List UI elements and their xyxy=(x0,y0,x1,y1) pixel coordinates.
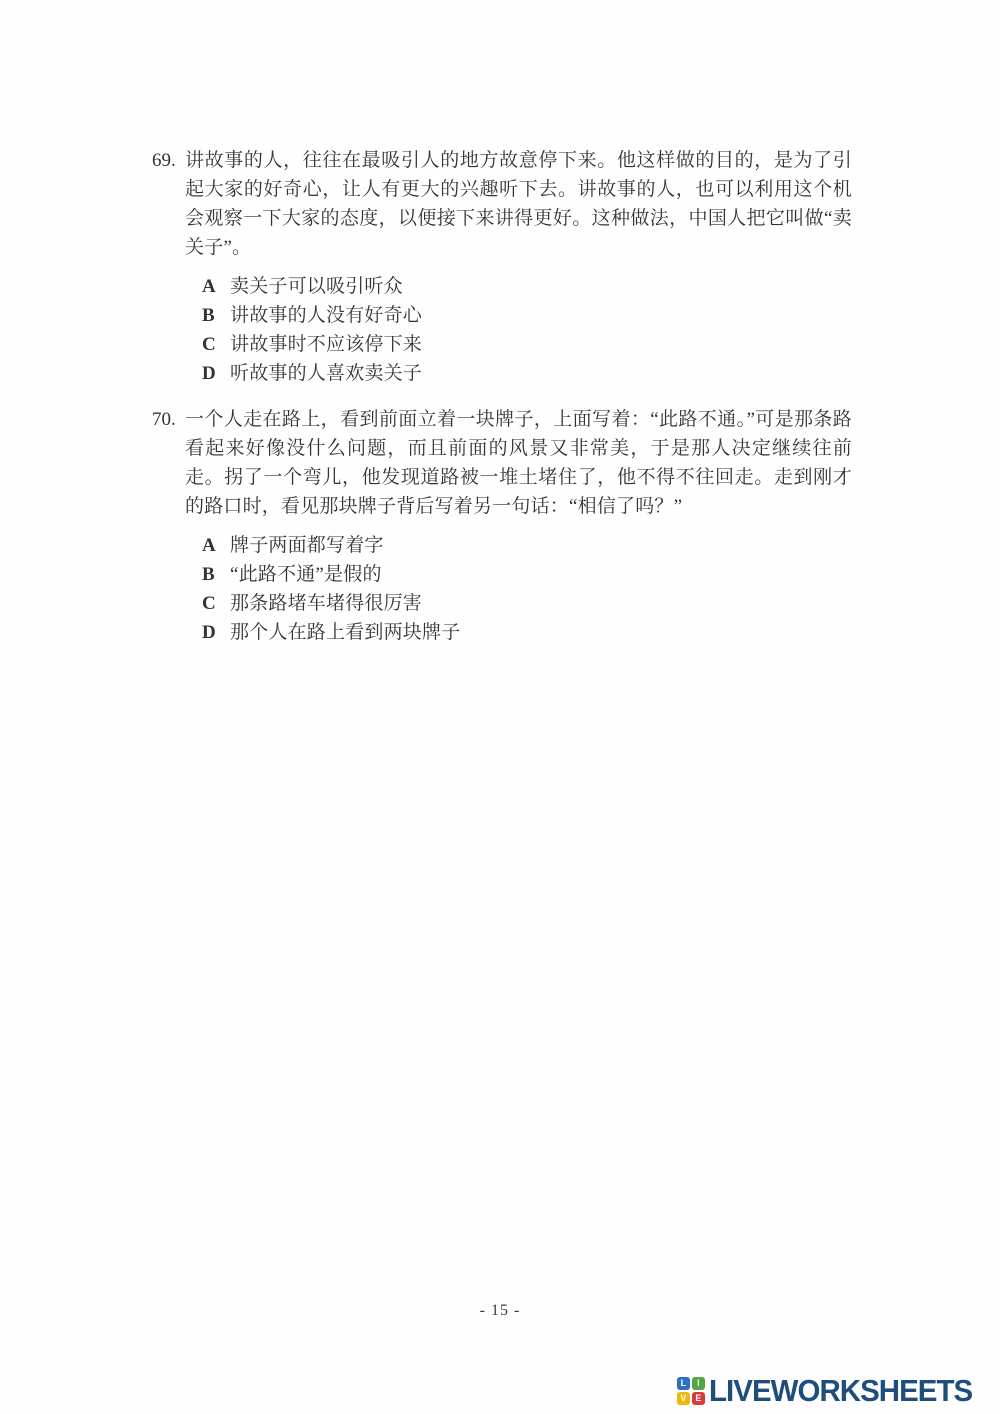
liveworksheets-grid-icon: L I V E xyxy=(677,1377,705,1405)
option-text: 听故事的人喜欢卖关子 xyxy=(230,359,422,388)
question-70-option-c: C 那条路堵车堵得很厉害 xyxy=(202,589,852,618)
option-text: 牌子两面都写着字 xyxy=(230,531,384,560)
question-70-number: 70. xyxy=(152,405,185,434)
question-69-option-d: D 听故事的人喜欢卖关子 xyxy=(202,359,852,388)
question-70-option-a: A 牌子两面都写着字 xyxy=(202,531,852,560)
option-letter: C xyxy=(202,330,230,359)
option-text: “此路不通”是假的 xyxy=(230,560,382,589)
question-69-body: 69. 讲故事的人，往往在最吸引人的地方故意停下来。他这样做的目的，是为了引起大… xyxy=(152,146,852,262)
option-text: 卖关子可以吸引听众 xyxy=(230,272,403,301)
question-69-number: 69. xyxy=(152,146,185,175)
option-text: 讲故事的人没有好奇心 xyxy=(230,301,422,330)
option-letter: C xyxy=(202,589,230,618)
question-69-option-a: A 卖关子可以吸引听众 xyxy=(202,272,852,301)
question-70-body: 70. 一个人走在路上，看到前面立着一块牌子，上面写着：“此路不通。”可是那条路… xyxy=(152,405,852,521)
page-number: - 15 - xyxy=(0,1302,1000,1320)
question-70-option-b: B “此路不通”是假的 xyxy=(202,560,852,589)
question-70-passage: 一个人走在路上，看到前面立着一块牌子，上面写着：“此路不通。”可是那条路看起来好… xyxy=(185,405,852,521)
question-69-options: A 卖关子可以吸引听众 B 讲故事的人没有好奇心 C 讲故事时不应该停下来 D … xyxy=(202,272,852,388)
option-letter: B xyxy=(202,301,230,330)
icon-cell-e: E xyxy=(692,1392,705,1405)
liveworksheets-logo[interactable]: L I V E LIVEWORKSHEETS xyxy=(677,1373,986,1409)
question-69-option-b: B 讲故事的人没有好奇心 xyxy=(202,301,852,330)
option-text: 讲故事时不应该停下来 xyxy=(230,330,422,359)
icon-cell-v: V xyxy=(677,1392,690,1405)
option-letter: A xyxy=(202,531,230,560)
option-text: 那个人在路上看到两块牌子 xyxy=(230,618,460,647)
option-letter: D xyxy=(202,618,230,647)
liveworksheets-wordmark: LIVEWORKSHEETS xyxy=(709,1373,972,1409)
option-letter: D xyxy=(202,359,230,388)
question-70: 70. 一个人走在路上，看到前面立着一块牌子，上面写着：“此路不通。”可是那条路… xyxy=(152,405,852,647)
question-70-options: A 牌子两面都写着字 B “此路不通”是假的 C 那条路堵车堵得很厉害 D 那个… xyxy=(202,531,852,647)
option-letter: A xyxy=(202,272,230,301)
icon-cell-l: L xyxy=(677,1377,690,1390)
worksheet-page: 69. 讲故事的人，往往在最吸引人的地方故意停下来。他这样做的目的，是为了引起大… xyxy=(0,0,1000,1414)
question-70-option-d: D 那个人在路上看到两块牌子 xyxy=(202,618,852,647)
question-69: 69. 讲故事的人，往往在最吸引人的地方故意停下来。他这样做的目的，是为了引起大… xyxy=(152,146,852,388)
question-69-passage: 讲故事的人，往往在最吸引人的地方故意停下来。他这样做的目的，是为了引起大家的好奇… xyxy=(185,146,852,262)
option-text: 那条路堵车堵得很厉害 xyxy=(230,589,422,618)
question-69-option-c: C 讲故事时不应该停下来 xyxy=(202,330,852,359)
option-letter: B xyxy=(202,560,230,589)
icon-cell-i: I xyxy=(692,1377,705,1390)
